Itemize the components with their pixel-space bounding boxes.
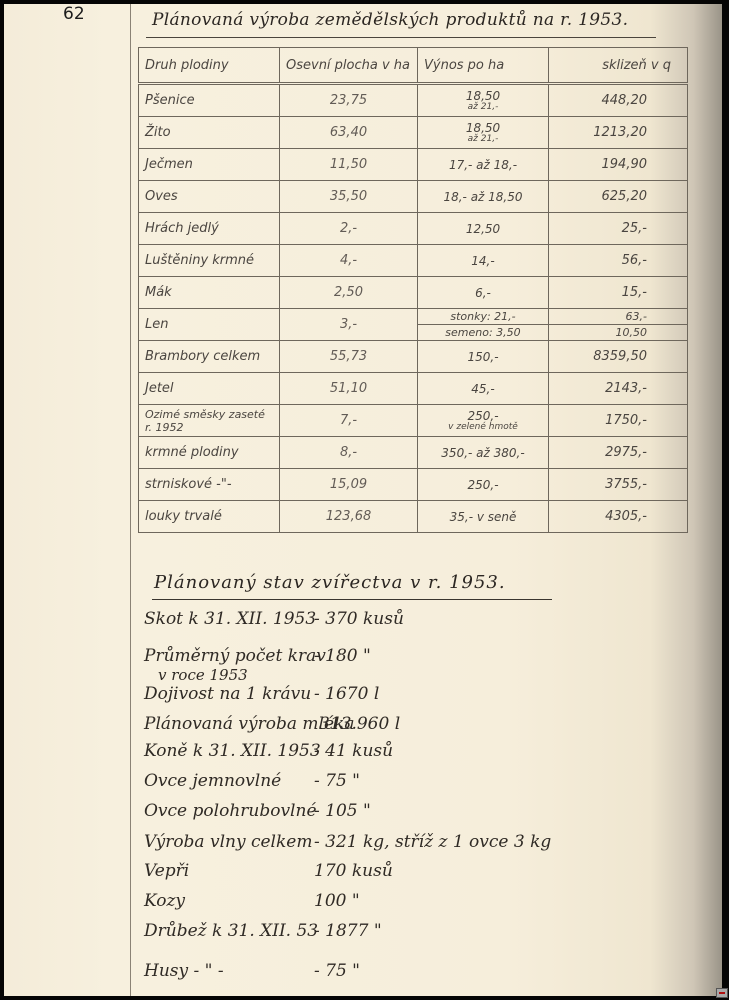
table-row: Luštěniny krmné4,-14,-56,- (139, 245, 688, 277)
livestock-item: Kozy100 " (144, 891, 185, 911)
harvest-stems: 63,- (549, 309, 687, 325)
livestock-label: Kozy (144, 891, 185, 911)
crop-yield: 35,- v seně (418, 501, 549, 533)
table-row: krmné plodiny8,-350,- až 380,-2975,- (139, 437, 688, 469)
livestock-value: - 370 kusů (314, 609, 404, 629)
crop-area: 2,50 (280, 277, 418, 309)
crop-harvest: 4305,- (549, 501, 688, 533)
crop-area: 55,73 (280, 341, 418, 373)
livestock-item: Vepři170 kusů (144, 861, 189, 881)
table-row: louky trvalé123,6835,- v seně4305,- (139, 501, 688, 533)
livestock-value: - 180 " (314, 646, 371, 666)
crop-harvest: 448,20 (549, 84, 688, 117)
livestock-item: Ovce jemnovlné- 75 " (144, 771, 281, 791)
table-row: Pšenice23,7518,50až 21,-448,20 (139, 84, 688, 117)
table-row: Mák2,506,-15,- (139, 277, 688, 309)
crop-yield: 18,50až 21,- (418, 84, 549, 117)
table-row: Ječmen11,5017,- až 18,-194,90 (139, 149, 688, 181)
table-row: Brambory celkem55,73150,-8359,50 (139, 341, 688, 373)
yield-value: 35,- v seně (450, 510, 517, 524)
yield-note: v zelené hmotě (424, 423, 542, 432)
livestock-value: 313.960 l (319, 714, 400, 734)
crop-name: Oves (139, 181, 280, 213)
livestock-value: 100 " (314, 891, 360, 911)
margin-line (130, 4, 131, 996)
table-row: Oves35,5018,- až 18,50625,20 (139, 181, 688, 213)
crop-name: Žito (139, 117, 280, 149)
crop-name: Ječmen (139, 149, 280, 181)
yield-value: 17,- až 18,- (449, 158, 517, 172)
crop-harvest: 2975,- (549, 437, 688, 469)
crop-harvest: 15,- (549, 277, 688, 309)
crop-name: Mák (139, 277, 280, 309)
livestock-label: Dojivost na 1 krávu (144, 684, 311, 704)
table-row: Žito63,4018,50až 21,-1213,20 (139, 117, 688, 149)
crop-name: Hrách jedlý (139, 213, 280, 245)
yield-seed: semeno: 3,50 (418, 325, 548, 340)
header-yield: Výnos po ha (418, 48, 549, 84)
crop-harvest: 194,90 (549, 149, 688, 181)
table-header-row: Druh plodiny Osevní plocha v ha Výnos po… (139, 48, 688, 84)
livestock-item: Výroba vlny celkem- 321 kg, stříž z 1 ov… (144, 832, 312, 852)
page-number: 62 (63, 4, 85, 24)
yield-value: 12,50 (466, 222, 500, 236)
yield-value: 18,50 (466, 89, 500, 103)
crop-harvest: 3755,- (549, 469, 688, 501)
crop-name: louky trvalé (139, 501, 280, 533)
crop-yield: 45,- (418, 373, 549, 405)
livestock-label: Skot k 31. XII. 1953 (144, 609, 316, 629)
livestock-value: - 75 " (314, 961, 360, 981)
crop-yield: 14,- (418, 245, 549, 277)
header-crop: Druh plodiny (139, 48, 280, 84)
crop-name: Jetel (139, 373, 280, 405)
crop-name: krmné plodiny (139, 437, 280, 469)
crop-yield: 18,50až 21,- (418, 117, 549, 149)
harvest-seed: 10,50 (549, 325, 687, 340)
livestock-item: Drůbež k 31. XII. 53- 1877 " (144, 921, 318, 941)
crop-name: Pšenice (139, 84, 280, 117)
crop-area: 2,- (280, 213, 418, 245)
livestock-value: - 75 " (314, 771, 360, 791)
yield-note: až 21,- (424, 103, 542, 112)
crop-area: 35,50 (280, 181, 418, 213)
yield-value: 6,- (475, 286, 491, 300)
table-row: Hrách jedlý2,-12,5025,- (139, 213, 688, 245)
livestock-value: - 1670 l (314, 684, 379, 704)
crop-name: strniskové -"- (139, 469, 280, 501)
crop-yield: 12,50 (418, 213, 549, 245)
header-area: Osevní plocha v ha (280, 48, 418, 84)
livestock-item: Dojivost na 1 krávu- 1670 l (144, 684, 311, 704)
header-harvest: sklizeň v q (549, 48, 688, 84)
page-title: Plánovaná výroba zemědělských produktů n… (152, 10, 628, 30)
crop-area: 15,09 (280, 469, 418, 501)
table-row: strniskové -"-15,09250,-3755,- (139, 469, 688, 501)
livestock-item: Průměrný počet kravv roce 1953- 180 " (144, 646, 326, 684)
crop-name: Brambory celkem (139, 341, 280, 373)
title-underline (146, 37, 656, 38)
crop-harvest: 25,- (549, 213, 688, 245)
crop-harvest: 1750,- (549, 405, 688, 437)
crop-area: 63,40 (280, 117, 418, 149)
crop-yield: stonky: 21,-semeno: 3,50 (418, 309, 549, 341)
table-row: Ozimé směsky zaseté r. 19527,-250,-v zel… (139, 405, 688, 437)
crop-harvest: 1213,20 (549, 117, 688, 149)
crop-harvest: 56,- (549, 245, 688, 277)
notebook-page: 62 Plánovaná výroba zemědělských produkt… (4, 4, 722, 996)
livestock-label-cont: v roce 1953 (144, 666, 326, 684)
crop-harvest: 2143,- (549, 373, 688, 405)
livestock-label: Husy - " - (144, 961, 224, 981)
yield-value: 45,- (471, 382, 494, 396)
crop-name: Luštěniny krmné (139, 245, 280, 277)
table-row: Len3,-stonky: 21,-semeno: 3,5063,-10,50 (139, 309, 688, 341)
livestock-label: Koně k 31. XII. 1953 (144, 741, 321, 761)
crop-yield: 150,- (418, 341, 549, 373)
livestock-label: Drůbež k 31. XII. 53 (144, 921, 318, 941)
livestock-item: Skot k 31. XII. 1953- 370 kusů (144, 609, 316, 629)
yield-value: 14,- (471, 254, 494, 268)
crop-area: 11,50 (280, 149, 418, 181)
crop-name: Ozimé směsky zaseté r. 1952 (139, 405, 280, 437)
crop-yield: 18,- až 18,50 (418, 181, 549, 213)
livestock-label: Výroba vlny celkem (144, 832, 312, 852)
crop-area: 4,- (280, 245, 418, 277)
yield-value: 250,- (467, 409, 498, 423)
crop-yield: 250,- (418, 469, 549, 501)
crop-harvest: 625,20 (549, 181, 688, 213)
yield-note: až 21,- (424, 135, 542, 144)
livestock-value: 170 kusů (314, 861, 393, 881)
crop-production-table: Druh plodiny Osevní plocha v ha Výnos po… (138, 47, 688, 533)
livestock-label: Vepři (144, 861, 189, 881)
livestock-value: - 105 " (314, 801, 371, 821)
livestock-title: Plánovaný stav zvířectva v r. 1953. (154, 572, 506, 593)
crop-area: 123,68 (280, 501, 418, 533)
livestock-label: Ovce jemnovlné (144, 771, 281, 791)
livestock-item: Ovce polohrubovlné- 105 " (144, 801, 317, 821)
crop-harvest: 63,-10,50 (549, 309, 688, 341)
crop-yield: 17,- až 18,- (418, 149, 549, 181)
livestock-title-underline (152, 599, 552, 600)
yield-value: 250,- (467, 478, 498, 492)
livestock-value: - 321 kg, stříž z 1 ovce 3 kg (314, 832, 551, 852)
livestock-item: Plánovaná výroba mléka313.960 l (144, 714, 354, 734)
crop-area: 23,75 (280, 84, 418, 117)
livestock-label: Průměrný počet krav (144, 646, 326, 666)
crop-area: 8,- (280, 437, 418, 469)
livestock-label: Ovce polohrubovlné (144, 801, 317, 821)
crop-area: 51,10 (280, 373, 418, 405)
livestock-item: Koně k 31. XII. 1953- 41 kusů (144, 741, 321, 761)
livestock-value: - 1877 " (314, 921, 382, 941)
crop-yield: 6,- (418, 277, 549, 309)
yield-stems: stonky: 21,- (418, 309, 548, 325)
crop-harvest: 8359,50 (549, 341, 688, 373)
yield-value: 150,- (467, 350, 498, 364)
livestock-item: Husy - " -- 75 " (144, 961, 224, 981)
crop-area: 3,- (280, 309, 418, 341)
crop-name: Len (139, 309, 280, 341)
crop-yield: 250,-v zelené hmotě (418, 405, 549, 437)
yield-value: 18,50 (466, 121, 500, 135)
minimize-icon[interactable] (716, 988, 728, 998)
yield-value: 350,- až 380,- (441, 446, 524, 460)
livestock-value: - 41 kusů (314, 741, 393, 761)
crop-area: 7,- (280, 405, 418, 437)
yield-value: 18,- až 18,50 (443, 190, 522, 204)
crop-yield: 350,- až 380,- (418, 437, 549, 469)
table-row: Jetel51,1045,-2143,- (139, 373, 688, 405)
